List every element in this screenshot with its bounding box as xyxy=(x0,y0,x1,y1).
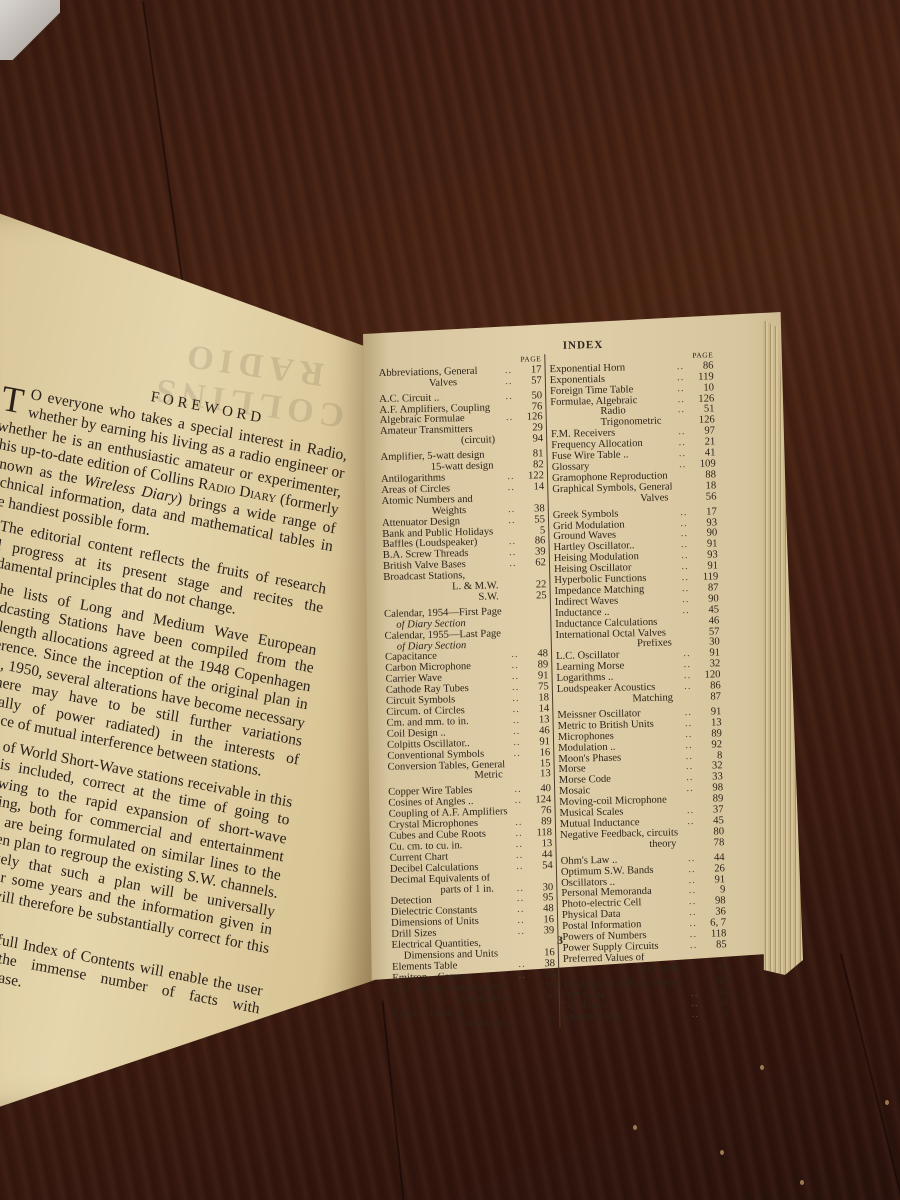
crumb xyxy=(633,1125,637,1130)
leader-dots xyxy=(512,992,534,1003)
index-column-left: PAGE Abbreviations, General..17Valves..5… xyxy=(378,354,560,1032)
leader-dots: .. xyxy=(501,515,523,526)
leader-dots xyxy=(677,693,699,704)
leader-dots: .. xyxy=(672,460,694,471)
index-rows-left: Abbreviations, General..17Valves..57A.C.… xyxy=(379,365,557,1032)
index-entry: Valves..57 xyxy=(379,376,542,391)
plank-seam xyxy=(840,953,900,1196)
leader-dots xyxy=(675,616,697,627)
index-entry: propagation90 xyxy=(393,992,556,1007)
index-entry-page: 85 xyxy=(705,940,727,951)
leader-dots: .. xyxy=(499,413,521,424)
leader-dots: .. xyxy=(683,941,705,952)
index-entry: theory78 xyxy=(560,838,724,853)
index-column-right: PAGE Exponential Horn..86Exponentials..1… xyxy=(545,350,728,1028)
leader-dots: .. xyxy=(500,483,522,494)
index-entry-page: 87 xyxy=(699,692,721,703)
index-entry-label: Metric xyxy=(388,771,507,785)
index-entry-page xyxy=(525,617,547,628)
leader-dots: .. xyxy=(507,796,529,807)
crumb xyxy=(885,1100,889,1105)
leader-dots xyxy=(675,627,697,638)
index-entry-page: 5 xyxy=(706,1010,728,1021)
leader-dots: .. xyxy=(506,748,528,759)
index-entry-page: 94 xyxy=(521,435,543,446)
index-entry-page: 57 xyxy=(520,376,542,387)
index-entry: Quarter Days..5 xyxy=(564,1010,728,1025)
leader-dots xyxy=(503,592,525,603)
index-entry-page: 54 xyxy=(531,861,553,872)
leader-dots: .. xyxy=(677,682,699,693)
leader-dots xyxy=(511,981,533,992)
leader-dots xyxy=(512,1018,534,1029)
index-entry-page: 78 xyxy=(702,838,724,849)
index-entry-page: 90 xyxy=(534,992,556,1003)
crumb xyxy=(720,1150,724,1155)
index-entry-label: Valves xyxy=(552,493,672,507)
leader-dots xyxy=(672,493,694,504)
leader-dots xyxy=(502,581,524,592)
index-entry-page: 77 xyxy=(534,1018,556,1029)
index-entry-page xyxy=(525,606,547,617)
index-entry-page: 39 xyxy=(532,926,554,937)
leader-dots: .. xyxy=(498,391,520,402)
leader-dots xyxy=(683,952,705,963)
leader-dots: .. xyxy=(680,817,702,828)
index-entry-page: 62 xyxy=(524,558,546,569)
index-entry-page: 56 xyxy=(694,492,716,503)
index-entry-label: Valves xyxy=(379,377,498,391)
drop-cap: T xyxy=(0,382,26,416)
leader-dots: .. xyxy=(675,606,697,617)
leader-dots xyxy=(680,839,702,850)
index-entry-label: propagation xyxy=(393,993,512,1007)
leader-dots xyxy=(503,628,525,639)
page-number: 3 xyxy=(557,933,563,948)
leader-dots xyxy=(507,770,529,781)
index-entry-page: 13 xyxy=(529,770,551,781)
index-entry-label: S.W. xyxy=(384,592,503,606)
leader-dots xyxy=(506,759,528,770)
leader-dots xyxy=(503,617,525,628)
leader-dots xyxy=(672,471,694,482)
index-columns: PAGE Abbreviations, General..17Valves..5… xyxy=(378,350,723,1032)
crumb xyxy=(800,1180,804,1185)
index-section: INDEX PAGE Abbreviations, General..17Val… xyxy=(378,338,724,1033)
index-entry: Matching87 xyxy=(557,692,721,707)
leader-dots: .. xyxy=(510,927,532,938)
index-entry: S.W.25 xyxy=(384,591,547,606)
leader-dots: .. xyxy=(679,784,701,795)
index-entry: (circuit)94 xyxy=(380,435,543,450)
leader-dots: .. xyxy=(502,559,524,570)
leader-dots xyxy=(512,1007,534,1018)
leader-dots: .. xyxy=(498,377,520,388)
leader-dots xyxy=(499,435,521,446)
leader-dots: .. xyxy=(684,1010,706,1021)
index-entry-page: 43 xyxy=(705,962,727,973)
index-entry-label: Matching xyxy=(557,693,677,707)
index-entry-page: 14 xyxy=(522,482,544,493)
index-entry: Resistors43 xyxy=(563,962,727,977)
leader-dots: .. xyxy=(509,861,531,872)
index-entry-label: Resistors xyxy=(563,963,683,977)
leader-dots xyxy=(510,938,532,949)
index-entry-page: 25 xyxy=(525,591,547,602)
leader-dots xyxy=(683,962,705,973)
leader-dots xyxy=(499,450,521,461)
index-entry-label: theory xyxy=(560,839,680,853)
corner-paper-scrap xyxy=(0,0,60,60)
index-entry: Valves56 xyxy=(552,492,716,507)
leader-dots xyxy=(502,570,524,581)
leader-dots: .. xyxy=(511,970,533,981)
index-entry-label: (circuit) xyxy=(380,436,499,450)
index-entry: Metric13 xyxy=(388,770,551,785)
leader-dots xyxy=(503,607,525,618)
leader-dots: .. xyxy=(670,405,692,416)
leader-dots xyxy=(672,482,694,493)
crumb xyxy=(760,1065,764,1070)
index-entry-label: Quarter Days xyxy=(564,1011,684,1025)
leader-dots xyxy=(680,828,702,839)
index-rows-right: Exponential Horn..86Exponentials..119For… xyxy=(549,361,728,1024)
index-entry-page xyxy=(525,628,547,639)
leader-dots xyxy=(499,424,521,435)
